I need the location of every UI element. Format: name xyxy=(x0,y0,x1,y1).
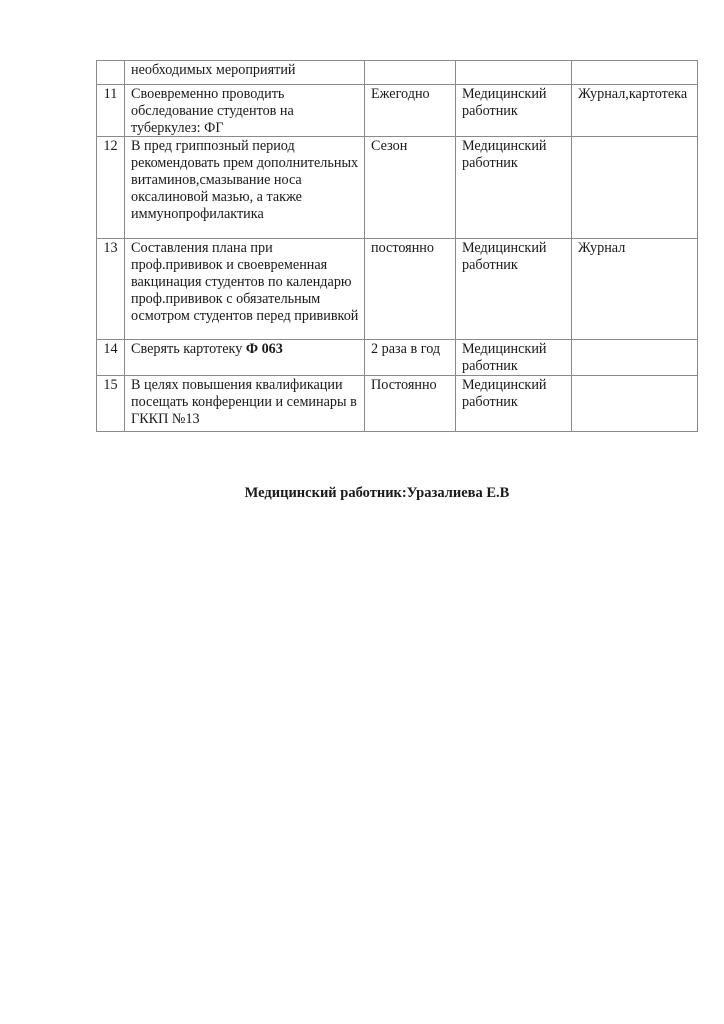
table-row: 13 Составления плана при проф.прививок и… xyxy=(97,239,698,340)
task-bold-text: Ф 063 xyxy=(246,341,283,357)
term-cell: постоянно xyxy=(365,239,456,340)
row-number: 13 xyxy=(97,239,125,340)
row-number: 12 xyxy=(97,137,125,239)
document-cell xyxy=(572,340,698,376)
document-cell: Журнал xyxy=(572,239,698,340)
task-text: Своевременно проводить обследование студ… xyxy=(131,86,294,136)
task-cell: Составления плана при проф.прививок и св… xyxy=(125,239,365,340)
task-text: Составления плана при проф.прививок и св… xyxy=(131,240,358,323)
task-text: В пред гриппозный период рекомендовать п… xyxy=(131,138,358,221)
row-number: 15 xyxy=(97,375,125,431)
document-cell xyxy=(572,61,698,85)
row-number: 14 xyxy=(97,340,125,376)
task-cell: необходимых мероприятий xyxy=(125,61,365,85)
responsible-cell: Медицинский работник xyxy=(456,239,572,340)
responsible-cell: Медицинский работник xyxy=(456,85,572,137)
task-cell: Сверять картотеку Ф 063 xyxy=(125,340,365,376)
row-number: 11 xyxy=(97,85,125,137)
table-row: 15 В целях повышения квалификации посеща… xyxy=(97,375,698,431)
responsible-cell: Медицинский работник xyxy=(456,340,572,376)
term-cell: Сезон xyxy=(365,137,456,239)
table-row: 11 Своевременно проводить обследование с… xyxy=(97,85,698,137)
responsible-cell: Медицинский работник xyxy=(456,375,572,431)
term-cell: 2 раза в год xyxy=(365,340,456,376)
table-row: 12 В пред гриппозный период рекомендоват… xyxy=(97,137,698,239)
document-cell xyxy=(572,375,698,431)
responsible-cell xyxy=(456,61,572,85)
task-cell: В целях повышения квалификации посещать … xyxy=(125,375,365,431)
task-cell: В пред гриппозный период рекомендовать п… xyxy=(125,137,365,239)
activity-plan-table: необходимых мероприятий 11 Своевременно … xyxy=(96,60,698,432)
term-cell: Постоянно xyxy=(365,375,456,431)
table-row: необходимых мероприятий xyxy=(97,61,698,85)
task-text: Сверять картотеку xyxy=(131,341,246,357)
table-row: 14 Сверять картотеку Ф 063 2 раза в год … xyxy=(97,340,698,376)
task-text: необходимых мероприятий xyxy=(131,62,296,78)
task-cell: Своевременно проводить обследование студ… xyxy=(125,85,365,137)
document-cell xyxy=(572,137,698,239)
signature-line: Медицинский работник:Уразалиева Е.В xyxy=(0,485,724,502)
task-text: В целях повышения квалификации посещать … xyxy=(131,377,357,427)
term-cell xyxy=(365,61,456,85)
term-cell: Ежегодно xyxy=(365,85,456,137)
responsible-cell: Медицинский работник xyxy=(456,137,572,239)
document-cell: Журнал,картотека xyxy=(572,85,698,137)
row-number xyxy=(97,61,125,85)
